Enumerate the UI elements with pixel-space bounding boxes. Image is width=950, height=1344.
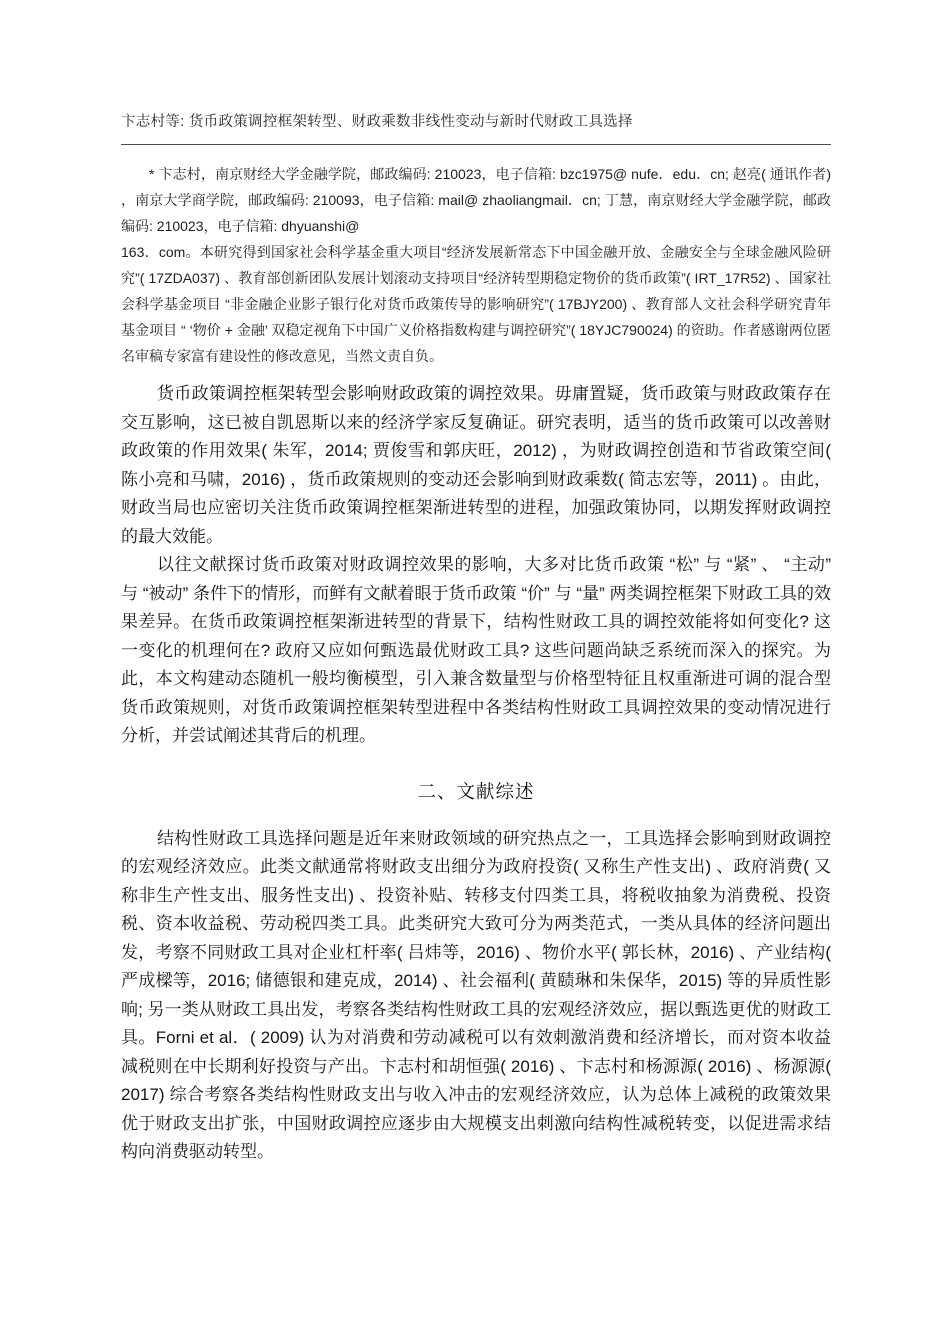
paragraph-literature-review: 结构性财政工具选择问题是近年来财政领域的研究热点之一，工具选择会影响到财政调控的…: [121, 825, 831, 1167]
section-heading-literature-review: 二、文献综述: [121, 780, 831, 804]
footnote-authors: * 卞志村，南京财经大学金融学院，邮政编码: 210023，电子信箱: bzc1…: [121, 161, 831, 239]
paper-page: 卞志村等: 货币政策调控框架转型、财政乘数非线性变动与新时代财政工具选择 * 卞…: [0, 0, 950, 1344]
header-rule: [121, 144, 831, 145]
paragraph-intro-1: 货币政策调控框架转型会影响财政政策的调控效果。毋庸置疑，货币政策与财政政策存在交…: [121, 380, 831, 551]
footnote-block: * 卞志村，南京财经大学金融学院，邮政编码: 210023，电子信箱: bzc1…: [121, 161, 831, 369]
page-content: 卞志村等: 货币政策调控框架转型、财政乘数非线性变动与新时代财政工具选择 * 卞…: [121, 112, 831, 1167]
body-text: 货币政策调控框架转型会影响财政政策的调控效果。毋庸置疑，货币政策与财政政策存在交…: [121, 380, 831, 1167]
running-head: 卞志村等: 货币政策调控框架转型、财政乘数非线性变动与新时代财政工具选择: [121, 112, 831, 132]
footnote-funding: 163．com。本研究得到国家社会科学基金重大项目“经济发展新常态下中国金融开放…: [121, 239, 831, 369]
paragraph-intro-2: 以往文献探讨货币政策对财政调控效果的影响，大多对比货币政策 “松” 与 “紧” …: [121, 551, 831, 751]
